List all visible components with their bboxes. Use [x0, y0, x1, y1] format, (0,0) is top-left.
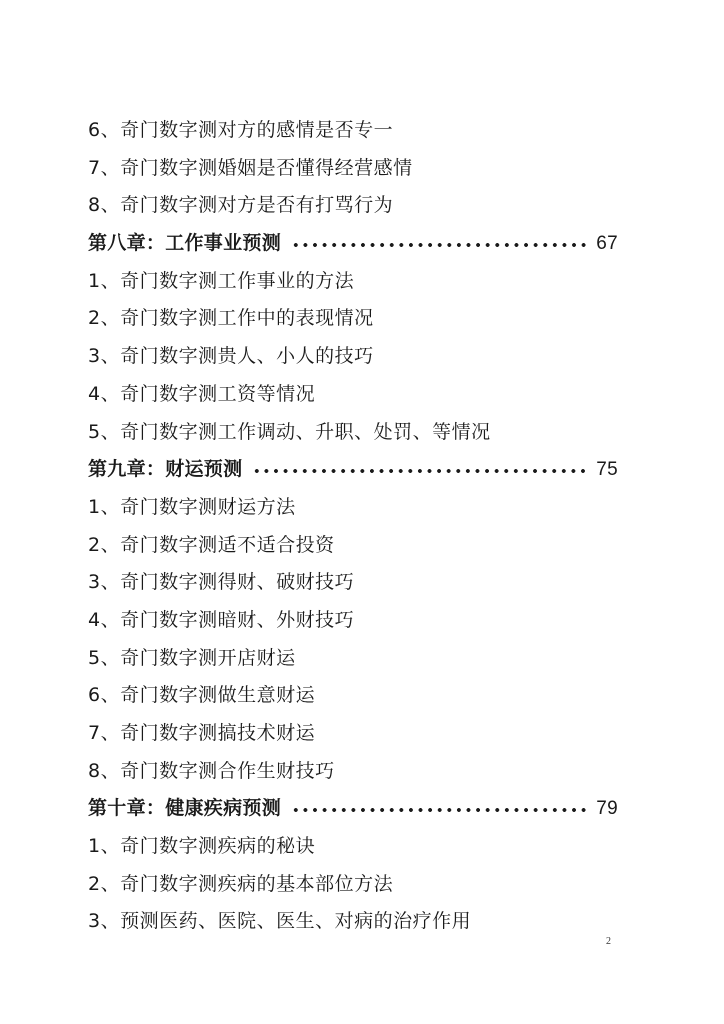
toc-item[interactable]: 8、奇门数字测合作生财技巧 [88, 753, 618, 791]
toc-item[interactable]: 5、奇门数字测开店财运 [88, 640, 618, 678]
chapter-title: 第九章：财运预测 [88, 451, 242, 489]
chapter-page-ref: 79 [596, 790, 618, 828]
toc-item[interactable]: 6、奇门数字测做生意财运 [88, 677, 618, 715]
toc-item[interactable]: 4、奇门数字测暗财、外财技巧 [88, 602, 618, 640]
dot-leader [252, 468, 590, 474]
toc-item[interactable]: 2、奇门数字测疾病的基本部位方法 [88, 866, 618, 904]
chapter-page-ref: 67 [596, 225, 618, 263]
toc-item-text: 8、奇门数字测对方是否有打骂行为 [88, 187, 393, 225]
toc-item[interactable]: 7、奇门数字测婚姻是否懂得经营感情 [88, 150, 618, 188]
toc-item[interactable]: 3、预测医药、医院、医生、对病的治疗作用 [88, 903, 618, 941]
toc-item-text: 3、奇门数字测贵人、小人的技巧 [88, 338, 374, 376]
toc-item[interactable]: 6、奇门数字测对方的感情是否专一 [88, 112, 618, 150]
toc-item-text: 1、奇门数字测疾病的秘诀 [88, 828, 315, 866]
toc-item[interactable]: 7、奇门数字测搞技术财运 [88, 715, 618, 753]
toc-item-text: 2、奇门数字测疾病的基本部位方法 [88, 866, 393, 904]
chapter-title: 第八章：工作事业预测 [88, 225, 281, 263]
toc-item[interactable]: 2、奇门数字测适不适合投资 [88, 527, 618, 565]
chapter-page-ref: 75 [596, 451, 618, 489]
toc-item-text: 7、奇门数字测婚姻是否懂得经营感情 [88, 150, 413, 188]
toc-item-text: 4、奇门数字测暗财、外财技巧 [88, 602, 354, 640]
toc-item[interactable]: 1、奇门数字测疾病的秘诀 [88, 828, 618, 866]
toc-item[interactable]: 2、奇门数字测工作中的表现情况 [88, 300, 618, 338]
toc-item[interactable]: 4、奇门数字测工资等情况 [88, 376, 618, 414]
page-number: 2 [606, 936, 611, 947]
toc-item[interactable]: 3、奇门数字测得财、破财技巧 [88, 564, 618, 602]
toc-item-text: 5、奇门数字测工作调动、升职、处罚、等情况 [88, 414, 491, 452]
toc-item-text: 6、奇门数字测对方的感情是否专一 [88, 112, 393, 150]
toc-item-text: 4、奇门数字测工资等情况 [88, 376, 315, 414]
toc-item-text: 1、奇门数字测工作事业的方法 [88, 263, 354, 301]
toc-item-text: 1、奇门数字测财运方法 [88, 489, 296, 527]
toc-chapter-8[interactable]: 第八章：工作事业预测 67 [88, 225, 618, 263]
toc-item[interactable]: 5、奇门数字测工作调动、升职、处罚、等情况 [88, 414, 618, 452]
toc-item-text: 5、奇门数字测开店财运 [88, 640, 296, 678]
toc-item[interactable]: 8、奇门数字测对方是否有打骂行为 [88, 187, 618, 225]
toc-item-text: 8、奇门数字测合作生财技巧 [88, 753, 335, 791]
toc-item[interactable]: 1、奇门数字测财运方法 [88, 489, 618, 527]
toc-item-text: 3、奇门数字测得财、破财技巧 [88, 564, 354, 602]
toc-chapter-9[interactable]: 第九章：财运预测 75 [88, 451, 618, 489]
toc-item[interactable]: 1、奇门数字测工作事业的方法 [88, 263, 618, 301]
chapter-title: 第十章：健康疾病预测 [88, 790, 281, 828]
document-page: 6、奇门数字测对方的感情是否专一 7、奇门数字测婚姻是否懂得经营感情 8、奇门数… [0, 0, 724, 1024]
toc-chapter-10[interactable]: 第十章：健康疾病预测 79 [88, 790, 618, 828]
table-of-contents: 6、奇门数字测对方的感情是否专一 7、奇门数字测婚姻是否懂得经营感情 8、奇门数… [88, 112, 618, 941]
toc-item-text: 2、奇门数字测适不适合投资 [88, 527, 335, 565]
dot-leader [291, 807, 590, 813]
toc-item-text: 6、奇门数字测做生意财运 [88, 677, 315, 715]
toc-item-text: 3、预测医药、医院、医生、对病的治疗作用 [88, 903, 471, 941]
toc-item[interactable]: 3、奇门数字测贵人、小人的技巧 [88, 338, 618, 376]
toc-item-text: 2、奇门数字测工作中的表现情况 [88, 300, 374, 338]
dot-leader [291, 242, 590, 248]
toc-item-text: 7、奇门数字测搞技术财运 [88, 715, 315, 753]
